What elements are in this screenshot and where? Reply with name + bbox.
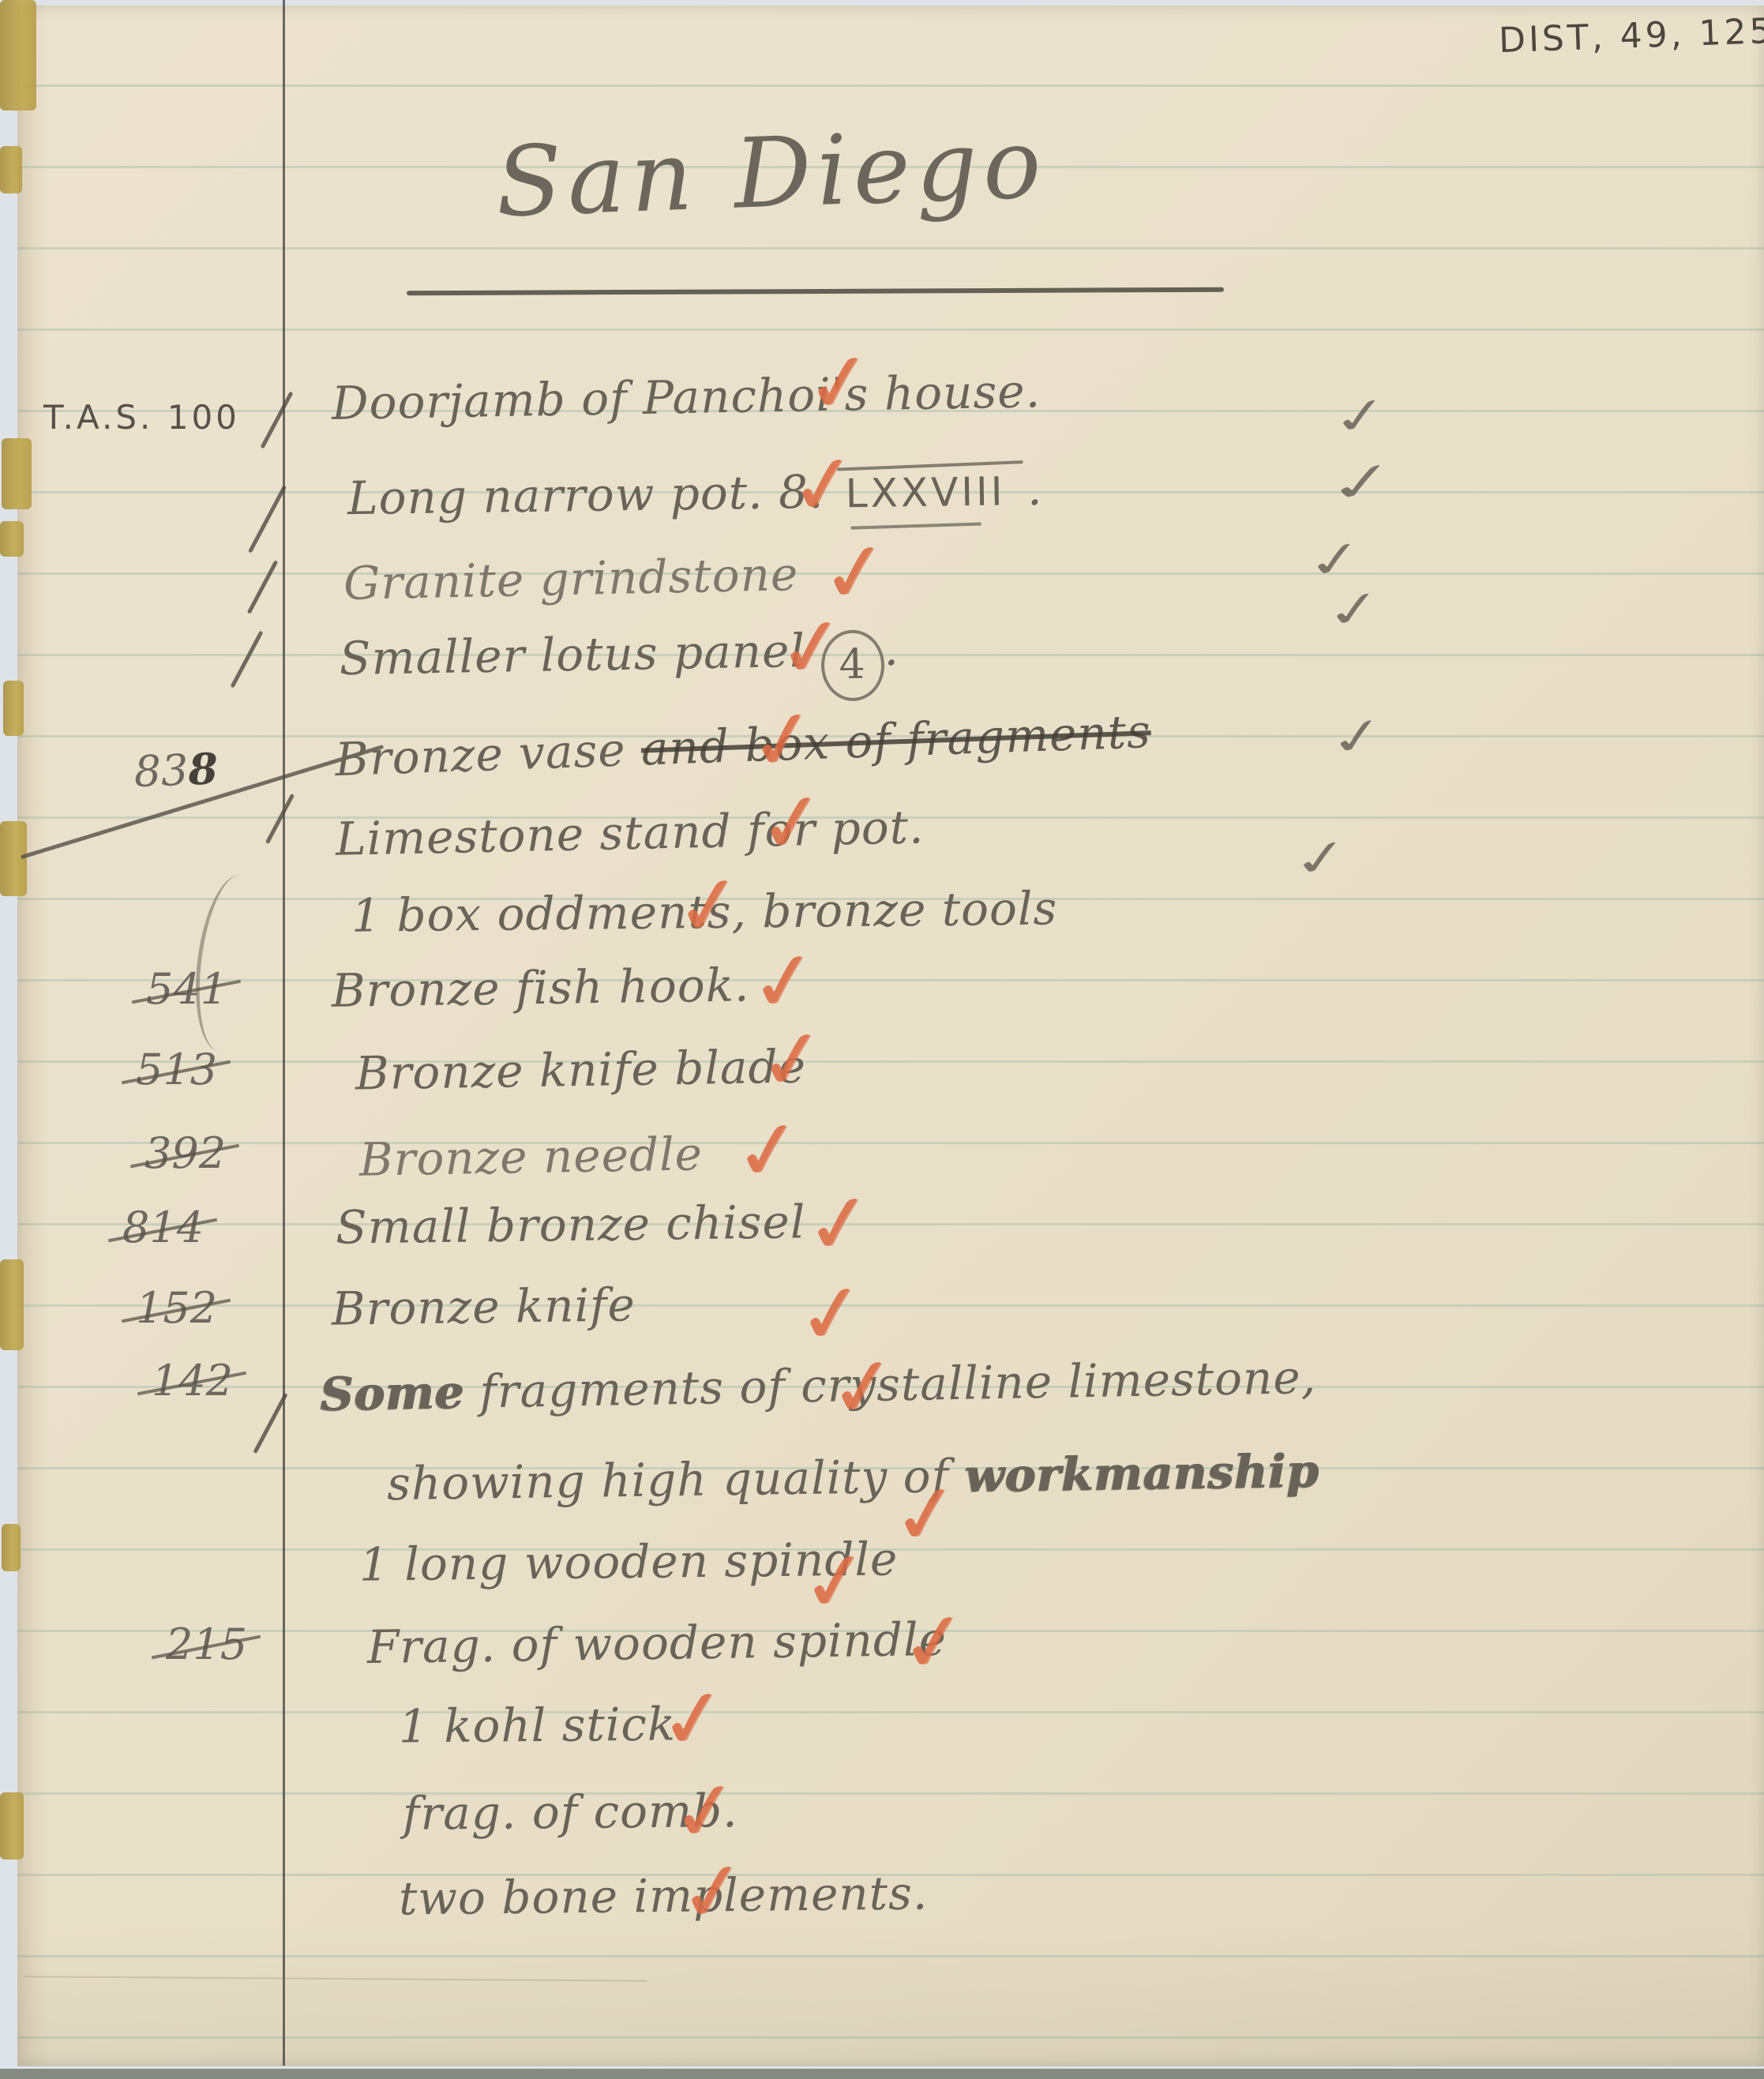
entry-text: Frag. of wooden spindle [367, 1613, 948, 1674]
overwritten-word: Some [319, 1365, 464, 1421]
entry-row: T.A.S. 100 Doorjamb of Panchoi's house. … [0, 371, 1764, 474]
red-checkmark: ✓ [824, 1344, 901, 1432]
red-checkmark: ✓ [753, 1016, 830, 1105]
entry-text: Some fragments of crystalline limestone, [320, 1351, 1317, 1421]
entry-text: Limestone stand for pot. [335, 801, 925, 865]
grey-checkmark: ✓ [1328, 389, 1394, 445]
margin-tick [261, 392, 294, 449]
entry-text: showing high quality of workmanship [387, 1445, 1319, 1510]
red-checkmark: ✓ [753, 779, 830, 868]
red-checkmark: ✓ [801, 340, 877, 428]
red-checkmark: ✓ [730, 1107, 806, 1195]
overwritten-digit: 8 [187, 743, 219, 794]
tape-remnant [0, 146, 22, 193]
entry-text: Small bronze chisel [336, 1195, 806, 1254]
grey-checkmark: ✓ [1303, 533, 1368, 588]
scanned-notebook-page: DIST, 49, 125 San Diego T.A.S. 100 Doorj… [0, 0, 1764, 2079]
entry-text: Bronze knife [332, 1278, 636, 1335]
page-bottom-edge [0, 2069, 1764, 2079]
entry-text: Granite grindstone [343, 548, 798, 610]
red-checkmark: ✓ [785, 441, 861, 530]
entry-row: 142 Some fragments of crystalline limest… [0, 1360, 1764, 1462]
entry-margin-number: 814 [122, 1206, 204, 1249]
red-checkmark: ✓ [670, 862, 747, 951]
entry-text: 1 kohl stick [399, 1698, 677, 1753]
entry-margin-number: 838 [133, 747, 219, 794]
entry-text: Bronze knife blade [355, 1041, 807, 1101]
red-checkmark: ✓ [895, 1599, 972, 1687]
entry-text: two bone implements. [399, 1867, 929, 1925]
entry-text: Bronze fish hook. [332, 959, 750, 1017]
margin-tick [247, 560, 279, 614]
red-checkmark: ✓ [773, 604, 850, 692]
margin-tick [231, 631, 264, 689]
entry-margin-number: 215 [166, 1623, 247, 1666]
red-checkmark: ✓ [801, 1180, 877, 1269]
entry-margin-number: T.A.S. 100 [43, 398, 240, 437]
entry-text: Doorjamb of Panchoi's house. [331, 365, 1041, 430]
overwritten-word: workmanship [964, 1444, 1319, 1503]
entry-margin-number: 142 [152, 1360, 233, 1402]
grey-checkmark: ✓ [1322, 583, 1387, 638]
grey-checkmark: ✓ [1325, 709, 1391, 766]
grey-checkmark: ✓ [1289, 831, 1354, 887]
margin-tick [248, 485, 287, 553]
entry-margin-number: 513 [136, 1049, 217, 1091]
tape-remnant [0, 0, 36, 111]
entry-text: Bronze needle [358, 1128, 703, 1186]
red-checkmark: ✓ [655, 1676, 731, 1764]
entry-row: two bone implements. ✓ [0, 1870, 1764, 1972]
entry-margin-number: 541 [146, 968, 227, 1011]
page-title: San Diego [494, 115, 1048, 231]
entry-margin-number: 152 [136, 1287, 217, 1330]
plate-number-roman: LXXVIII [839, 469, 1012, 517]
red-checkmark: ✓ [674, 1848, 751, 1937]
margin-tick [253, 1393, 287, 1454]
red-checkmark: ✓ [743, 696, 822, 786]
entry-text: Long narrow pot. 8. LXXVIII . [347, 463, 1043, 525]
entry-margin-number: 392 [144, 1132, 226, 1175]
